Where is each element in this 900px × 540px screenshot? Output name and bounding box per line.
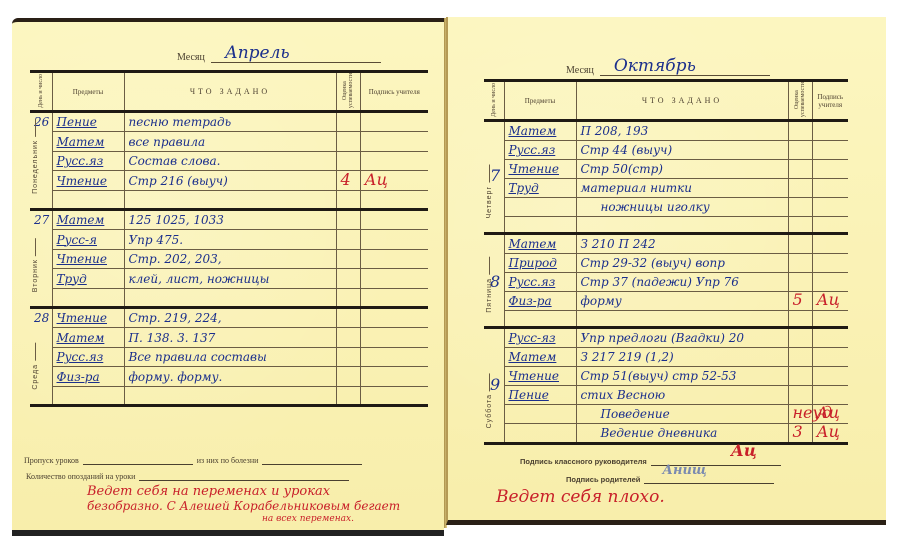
table-row: Трудматериал нитки <box>484 179 848 198</box>
subject-text: Русс-я <box>57 233 97 247</box>
missed-sick-blank <box>262 456 362 465</box>
grade-cell: 3 <box>788 424 812 444</box>
assignment-cell: песню тетрадь <box>124 112 336 132</box>
signature-cell <box>812 234 848 254</box>
assignment-cell: форму <box>576 292 788 311</box>
signature-cell <box>360 308 428 328</box>
month-header-right: Месяц Октябрь <box>566 57 770 76</box>
signature-text: Ац <box>817 422 840 441</box>
subject-cell: Матем <box>504 348 576 367</box>
grade-cell <box>788 254 812 273</box>
assignment-cell: форму. форму. <box>124 367 336 387</box>
signature-cell: Ац <box>812 405 848 424</box>
table-row: 7ЧетвергМатемП 208, 193 <box>484 121 848 141</box>
subject-text: Чтение <box>57 174 108 188</box>
table-row <box>484 217 848 234</box>
col-signature: Подпись учителя <box>360 72 428 112</box>
table-row: МатемЗ 217 219 (1,2) <box>484 348 848 367</box>
assignment-cell: Стр 51(выуч) стр 52-53 <box>576 367 788 386</box>
assignment-cell: П. 138. 3. 137 <box>124 328 336 348</box>
subject-cell: Чтение <box>504 160 576 179</box>
subject-cell <box>504 198 576 217</box>
assignment-cell <box>576 217 788 234</box>
signature-cell <box>812 386 848 405</box>
assignment-text: Стр 50(стр) <box>581 162 663 176</box>
subject-cell: Чтение <box>52 249 124 269</box>
assignment-cell: З 217 219 (1,2) <box>576 348 788 367</box>
signature-cell <box>812 121 848 141</box>
assignment-cell: Стр 29-32 (выуч) вопр <box>576 254 788 273</box>
parents-sig-label: Подпись родителей <box>566 475 640 484</box>
grade-cell <box>788 367 812 386</box>
grade-cell <box>788 273 812 292</box>
table-row: 9СубботаРусс-язУпр предлоги (Вгадки) 20 <box>484 328 848 348</box>
day-cell: 28Среда <box>30 308 52 406</box>
subject-cell: Пение <box>52 112 124 132</box>
assignment-text: Стр 216 (выуч) <box>129 174 228 188</box>
assignment-cell: все правила <box>124 132 336 152</box>
assignment-text: Состав слова. <box>129 154 221 168</box>
month-value: Апрель <box>211 44 381 63</box>
grade-cell <box>336 328 360 348</box>
assignment-cell: Все правила составы <box>124 347 336 367</box>
subject-text: Русс.яз <box>57 154 104 168</box>
assignment-cell: Стр. 219, 224, <box>124 308 336 328</box>
assignment-text: стих Весною <box>581 388 666 402</box>
grade-cell <box>336 269 360 289</box>
grade-cell <box>788 141 812 160</box>
grade-cell <box>336 112 360 132</box>
table-row <box>30 190 428 210</box>
col-assignment: ЧТО ЗАДАНО <box>576 81 788 121</box>
assignment-cell: 125 1025, 1033 <box>124 210 336 230</box>
missed-lessons-line: Пропуск уроков из них по болезни <box>24 456 362 465</box>
grade-cell <box>788 348 812 367</box>
signature-cell <box>812 217 848 234</box>
grade-cell <box>788 234 812 254</box>
day-name: Суббота <box>486 373 493 428</box>
subject-cell: Русс-яз <box>504 328 576 348</box>
teacher-note-left: Ведет себя на переменах и уроках безобра… <box>87 484 400 524</box>
assignment-text: Поведение <box>581 407 670 421</box>
signature-cell <box>360 386 428 406</box>
assignment-cell: Стр 50(стр) <box>576 160 788 179</box>
subject-cell <box>504 424 576 444</box>
col-subjects: Предметы <box>52 72 124 112</box>
table-row: ЧтениеСтр 216 (выуч)4Ац <box>30 171 428 191</box>
subject-text: Матем <box>509 350 557 364</box>
late-blank <box>139 472 349 481</box>
day-number: 27 <box>34 213 49 227</box>
assignment-text: Все правила составы <box>129 350 267 364</box>
assignment-text: П. 138. 3. 137 <box>129 331 216 345</box>
subject-cell: Природ <box>504 254 576 273</box>
day-name: Среда <box>32 343 39 390</box>
signature-cell <box>812 311 848 328</box>
day-cell: 27Вторник <box>30 210 52 308</box>
assignment-cell: ножницы иголку <box>576 198 788 217</box>
signature-text: Ац <box>817 290 840 309</box>
signature-cell <box>812 198 848 217</box>
table-row: ЧтениеСтр 51(выуч) стр 52-53 <box>484 367 848 386</box>
grade-cell <box>336 230 360 250</box>
subject-cell: Русс.яз <box>52 347 124 367</box>
signature-cell <box>812 348 848 367</box>
signature-cell <box>812 179 848 198</box>
subject-cell: Матем <box>52 210 124 230</box>
signature-cell <box>812 328 848 348</box>
grade-cell <box>336 210 360 230</box>
table-row: Русс.язСтр 44 (выуч) <box>484 141 848 160</box>
grade-cell <box>788 121 812 141</box>
subject-text: Пение <box>57 115 97 129</box>
signature-cell <box>360 367 428 387</box>
left-page: Месяц Апрель День и число Предметы ЧТО З… <box>12 18 444 530</box>
assignment-text: Стр 44 (выуч) <box>581 143 673 157</box>
subject-cell: Чтение <box>52 171 124 191</box>
grade-cell <box>788 311 812 328</box>
table-row: 27ВторникМатем125 1025, 1033 <box>30 210 428 230</box>
parents-sig-field: Анищ <box>644 475 774 484</box>
subject-text: Русс.яз <box>509 275 556 289</box>
missed-sick-label: из них по болезни <box>197 456 259 465</box>
subject-text: Чтение <box>509 369 560 383</box>
table-row: 28СредаЧтениеСтр. 219, 224, <box>30 308 428 328</box>
signature-cell <box>360 269 428 289</box>
grade-cell <box>336 347 360 367</box>
month-value: Октябрь <box>600 57 770 76</box>
grade-text: 4 <box>341 170 351 189</box>
assignment-text: Стр. 219, 224, <box>129 311 222 325</box>
signature-cell <box>360 132 428 152</box>
signature-cell <box>360 328 428 348</box>
signature-cell <box>360 112 428 132</box>
assignment-cell <box>124 288 336 308</box>
subject-cell: Матем <box>52 132 124 152</box>
subject-cell: Матем <box>504 121 576 141</box>
table-row: Русс.язВсе правила составы <box>30 347 428 367</box>
grade-cell <box>336 308 360 328</box>
subject-cell: Русс.яз <box>504 141 576 160</box>
assignment-text: клей, лист, ножницы <box>129 272 270 286</box>
table-row <box>484 311 848 328</box>
note-line: Ведет себя на переменах и уроках <box>87 484 400 499</box>
late-line: Количество опозданий на уроки <box>26 472 349 481</box>
col-assignment: ЧТО ЗАДАНО <box>124 72 336 112</box>
signature-cell <box>812 160 848 179</box>
col-day: День и число <box>30 72 52 112</box>
day-cell: 8Пятница <box>484 234 504 328</box>
table-row: ЧтениеСтр. 202, 203, <box>30 249 428 269</box>
grade-cell <box>788 198 812 217</box>
subject-text: Русс.яз <box>57 350 104 364</box>
assignment-cell <box>576 311 788 328</box>
subject-text: Физ-ра <box>57 370 100 384</box>
signature-cell <box>360 347 428 367</box>
table-row <box>30 288 428 308</box>
col-signature: Подпись учителя <box>812 81 848 121</box>
grade-cell: неуд <box>788 405 812 424</box>
subject-text: Физ-ра <box>509 294 552 308</box>
subject-text: Труд <box>509 181 539 195</box>
assignment-cell: Стр. 202, 203, <box>124 249 336 269</box>
table-row: ножницы иголку <box>484 198 848 217</box>
assignment-text: Упр предлоги (Вгадки) 20 <box>581 331 744 345</box>
subject-text: Матем <box>57 135 105 149</box>
assignment-text: Ведение дневника <box>581 426 718 440</box>
subject-cell <box>504 217 576 234</box>
subject-text: Пение <box>509 388 549 402</box>
homework-table-right: День и число Предметы ЧТО ЗАДАНО Оценка … <box>484 79 848 445</box>
assignment-text: песню тетрадь <box>129 115 232 129</box>
table-row: 26ПонедельникПениепесню тетрадь <box>30 112 428 132</box>
grade-cell <box>788 160 812 179</box>
grade-cell <box>336 249 360 269</box>
table-header: День и число Предметы ЧТО ЗАДАНО Оценка … <box>484 81 848 121</box>
signature-cell: Ац <box>812 424 848 444</box>
subject-cell <box>52 190 124 210</box>
assignment-text: все правила <box>129 135 206 149</box>
subject-text: Чтение <box>509 162 560 176</box>
grade-cell <box>788 217 812 234</box>
assignment-cell: Упр 475. <box>124 230 336 250</box>
table-row: Русс-яУпр 475. <box>30 230 428 250</box>
assignment-cell: Поведение <box>576 405 788 424</box>
grade-cell <box>336 151 360 171</box>
class-teacher-signature-line: Подпись классного руководителя Ац <box>520 457 781 466</box>
day-cell: 7Четверг <box>484 121 504 234</box>
class-teacher-signature: Ац <box>731 441 757 460</box>
assignment-text: материал нитки <box>581 181 693 195</box>
day-name: Четверг <box>486 165 493 219</box>
assignment-cell <box>124 190 336 210</box>
assignment-cell <box>124 386 336 406</box>
day-name: Вторник <box>32 238 39 292</box>
subject-cell: Пение <box>504 386 576 405</box>
assignment-cell: З 210 П 242 <box>576 234 788 254</box>
grade-cell <box>336 386 360 406</box>
table-header: День и число Предметы ЧТО ЗАДАНО Оценка … <box>30 72 428 112</box>
grade-cell <box>788 386 812 405</box>
note-line: на всех переменах. <box>87 514 400 524</box>
table-row: ПриродСтр 29-32 (выуч) вопр <box>484 254 848 273</box>
grade-text: 5 <box>793 290 803 309</box>
signature-cell <box>812 141 848 160</box>
assignment-cell: Стр 44 (выуч) <box>576 141 788 160</box>
assignment-text: форму <box>581 294 622 308</box>
subject-cell <box>504 405 576 424</box>
late-label: Количество опозданий на уроки <box>26 472 135 481</box>
signature-cell <box>360 190 428 210</box>
grade-text: 3 <box>793 422 803 441</box>
missed-label: Пропуск уроков <box>24 456 79 465</box>
month-header-left: Месяц Апрель <box>177 44 381 63</box>
subject-cell: Матем <box>504 234 576 254</box>
subject-text: Матем <box>509 124 557 138</box>
signature-cell <box>360 249 428 269</box>
subject-text: Русс.яз <box>509 143 556 157</box>
assignment-cell: клей, лист, ножницы <box>124 269 336 289</box>
signature-text: Ац <box>817 403 840 422</box>
assignment-text: 125 1025, 1033 <box>129 213 224 227</box>
signature-cell <box>812 254 848 273</box>
table-row: Трудклей, лист, ножницы <box>30 269 428 289</box>
teacher-note-right: Ведет себя плохо. <box>496 487 665 507</box>
table-row: 8ПятницаМатемЗ 210 П 242 <box>484 234 848 254</box>
missed-blank <box>83 456 193 465</box>
table-row: ЧтениеСтр 50(стр) <box>484 160 848 179</box>
grade-cell <box>336 367 360 387</box>
table-row: Русс.язСтр 37 (падежи) Упр 76 <box>484 273 848 292</box>
table-row: Физ-раформу. форму. <box>30 367 428 387</box>
subject-cell: Русс.яз <box>504 273 576 292</box>
signature-text: Ац <box>365 170 388 189</box>
table-row: Русс.язСостав слова. <box>30 151 428 171</box>
note-line: безобразно. С Алешей Корабельниковым бег… <box>87 499 400 514</box>
month-label: Месяц <box>566 65 594 76</box>
parents-signature: Анищ <box>662 463 706 478</box>
grade-cell <box>788 179 812 198</box>
subject-text: Русс-яз <box>509 331 556 345</box>
assignment-cell: Упр предлоги (Вгадки) 20 <box>576 328 788 348</box>
grade-cell: 4 <box>336 171 360 191</box>
day-number: 28 <box>34 311 49 325</box>
subject-text: Матем <box>509 237 557 251</box>
day-name: Пятница <box>486 257 493 313</box>
day-cell: 26Понедельник <box>30 112 52 210</box>
subject-cell: Чтение <box>52 308 124 328</box>
signature-cell <box>360 210 428 230</box>
subject-text: Чтение <box>57 311 108 325</box>
grade-cell <box>788 328 812 348</box>
parents-signature-line: Подпись родителей Анищ <box>566 475 774 484</box>
table-row: Пениестих Весною <box>484 386 848 405</box>
table-row: Ведение дневника3Ац <box>484 424 848 444</box>
signature-cell <box>360 230 428 250</box>
subject-cell: Труд <box>52 269 124 289</box>
signature-cell: Ац <box>360 171 428 191</box>
homework-table-left: День и число Предметы ЧТО ЗАДАНО Оценка … <box>30 70 428 407</box>
subject-text: Матем <box>57 331 105 345</box>
assignment-text: Стр. 202, 203, <box>129 252 222 266</box>
assignment-cell: Стр 37 (падежи) Упр 76 <box>576 273 788 292</box>
col-day: День и число <box>484 81 504 121</box>
day-cell: 9Суббота <box>484 328 504 444</box>
subject-cell: Чтение <box>504 367 576 386</box>
subject-cell: Русс-я <box>52 230 124 250</box>
assignment-text: Упр 475. <box>129 233 184 247</box>
subject-text: Матем <box>57 213 105 227</box>
assignment-text: З 210 П 242 <box>581 237 656 251</box>
assignment-text: З 217 219 (1,2) <box>581 350 674 364</box>
subject-cell: Русс.яз <box>52 151 124 171</box>
signature-cell <box>812 367 848 386</box>
table-row: Физ-раформу5Ац <box>484 292 848 311</box>
class-teacher-sig-label: Подпись классного руководителя <box>520 457 647 466</box>
grade-cell <box>336 132 360 152</box>
table-row <box>30 386 428 406</box>
assignment-text: форму. форму. <box>129 370 223 384</box>
signature-cell: Ац <box>812 292 848 311</box>
subject-text: Природ <box>509 256 557 270</box>
col-grade: Оценка успеваемости <box>336 72 360 112</box>
right-page: Месяц Октябрь День и число Предметы ЧТО … <box>446 17 886 525</box>
col-grade: Оценка успеваемости <box>788 81 812 121</box>
grade-cell: 5 <box>788 292 812 311</box>
assignment-text: ножницы иголку <box>581 200 710 214</box>
subject-cell <box>52 386 124 406</box>
grade-cell <box>336 288 360 308</box>
subject-text: Труд <box>57 272 87 286</box>
subject-cell <box>504 311 576 328</box>
subject-cell: Физ-ра <box>52 367 124 387</box>
assignment-text: П 208, 193 <box>581 124 649 138</box>
signature-cell <box>812 273 848 292</box>
subject-text: Чтение <box>57 252 108 266</box>
subject-cell: Труд <box>504 179 576 198</box>
assignment-cell: Состав слова. <box>124 151 336 171</box>
subject-cell: Матем <box>52 328 124 348</box>
table-row: МатемП. 138. 3. 137 <box>30 328 428 348</box>
subject-cell: Физ-ра <box>504 292 576 311</box>
grade-cell <box>336 190 360 210</box>
table-row: Матемвсе правила <box>30 132 428 152</box>
col-subjects: Предметы <box>504 81 576 121</box>
month-label: Месяц <box>177 52 205 63</box>
day-name: Понедельник <box>32 119 39 194</box>
assignment-text: Стр 37 (падежи) Упр 76 <box>581 275 739 289</box>
assignment-cell: П 208, 193 <box>576 121 788 141</box>
assignment-cell: Стр 216 (выуч) <box>124 171 336 191</box>
assignment-text: Стр 51(выуч) стр 52-53 <box>581 369 737 383</box>
assignment-cell: стих Весною <box>576 386 788 405</box>
signature-cell <box>360 151 428 171</box>
subject-cell <box>52 288 124 308</box>
assignment-cell: материал нитки <box>576 179 788 198</box>
assignment-text: Стр 29-32 (выуч) вопр <box>581 256 725 270</box>
signature-cell <box>360 288 428 308</box>
table-row: ПоведениенеудАц <box>484 405 848 424</box>
